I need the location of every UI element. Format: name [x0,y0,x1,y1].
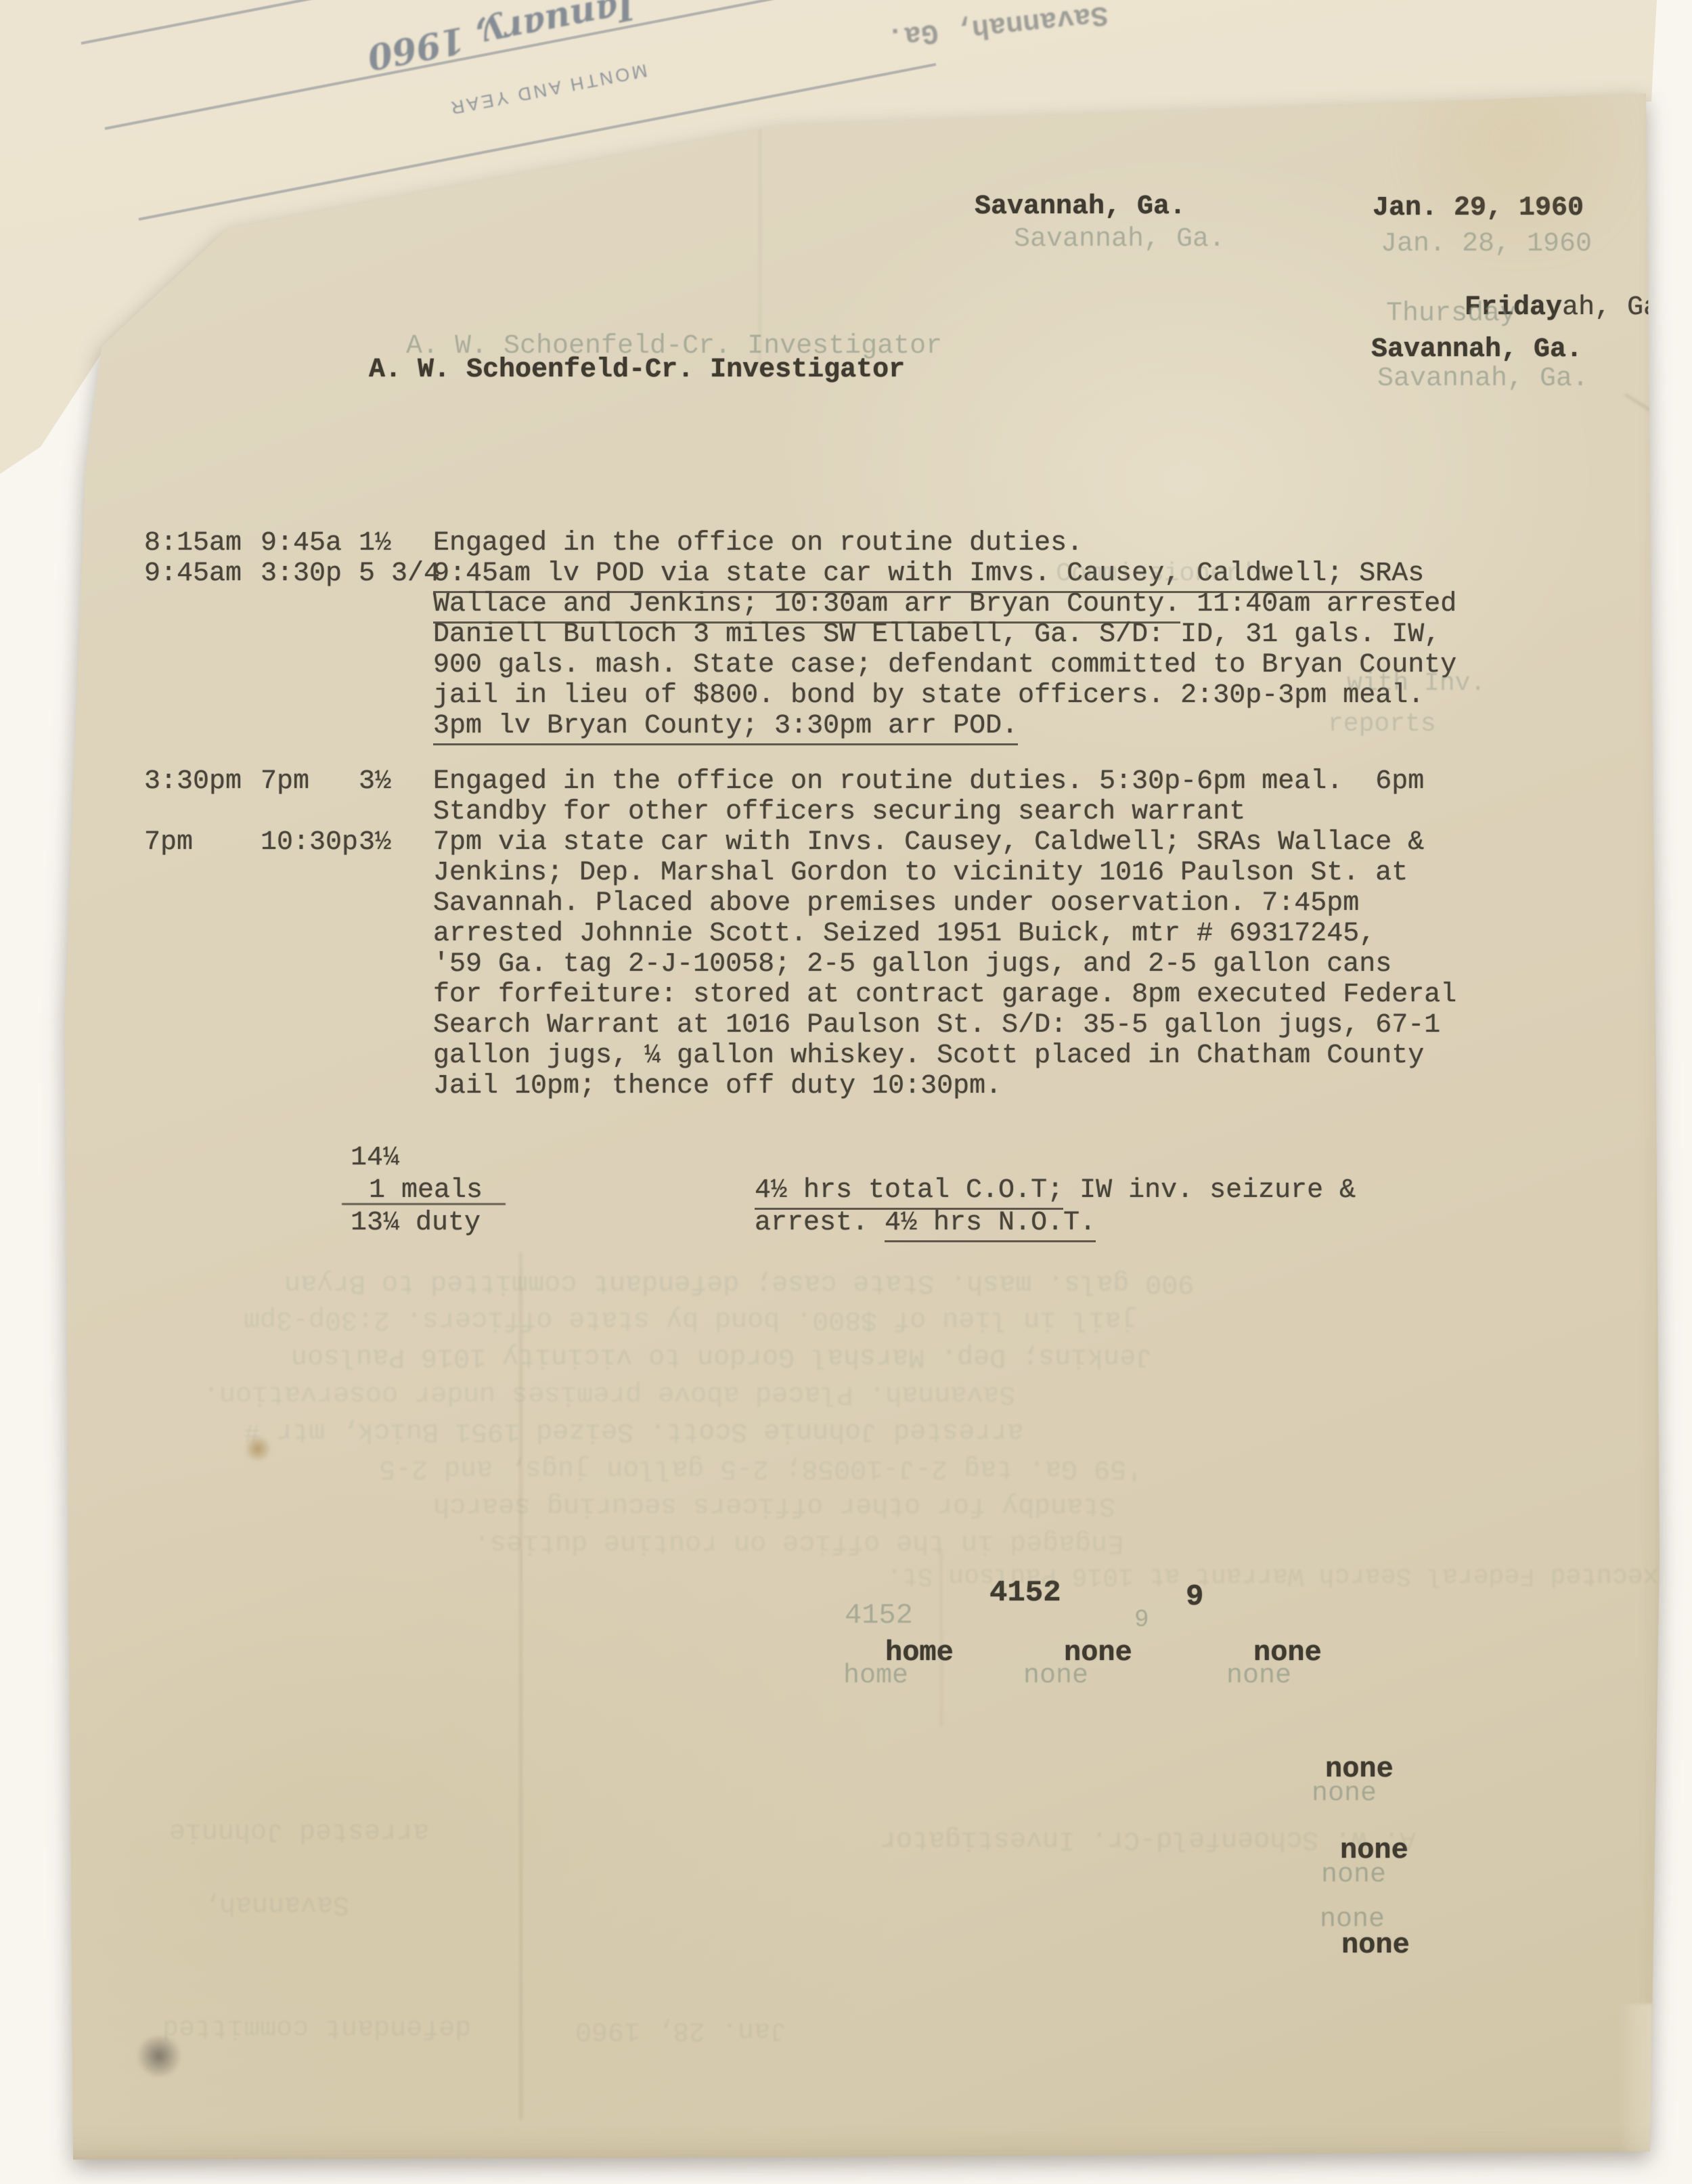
underlined-text: 4½ hrs total C.O.T; [755,1175,1063,1210]
log-row: Jenkins; Dep. Marshal Gordon to vicinity… [0,858,1692,888]
plain-text: 900 gals. mash. State case; defendant co… [433,650,1456,680]
log-text: Savannah. Placed above premises under oo… [433,888,1359,919]
log-text: '59 Ga. tag 2-J-10058; 2-5 gallon jugs, … [433,949,1392,980]
log-row: 3:30pm7pm3½Engaged in the office on rout… [0,766,1692,797]
vertical-crease [941,1550,942,1726]
header-day-ghost: Thursday [1386,301,1516,328]
header-place2-ghost: Savannah, Ga. [1377,366,1588,393]
plain-text: for forfeiture: stored at contract garag… [433,980,1456,1010]
bleedthrough-text: A. W. Schoenfeld-Cr. Investigator [880,1824,1416,1854]
plain-text: Standby for other officers securing sear… [433,797,1245,827]
log-c2: 7pm [261,766,359,797]
log-c3: 1½ [359,528,433,559]
log-row: gallon jugs, ¼ gallon whiskey. Scott pla… [0,1041,1692,1071]
header-place2: Savannah, Ga. [1371,336,1582,364]
none-entry-ghost: none [1320,1906,1385,1934]
plain-text: jail in lieu of $800. bond by state offi… [433,680,1424,711]
plain-text: Daniell Bulloch 3 miles SW Ellabell, Ga.… [433,619,1440,650]
underlined-text: Wallace and Jenkins; 10:30am arr Bryan C… [433,589,1180,624]
log-row: Jail 10pm; thence off duty 10:30pm. [0,1071,1692,1101]
plain-text: Engaged in the office on routine duties.… [433,766,1424,797]
plain-text: Search Warrant at 1016 Paulson St. S/D: … [433,1010,1440,1041]
bleedthrough-text: Standby for other officers securing sear… [433,1490,1115,1521]
plain-text: Jail 10pm; thence off duty 10:30pm. [433,1071,1002,1101]
total-meals: 1 meals [369,1175,483,1206]
log-row: 7pm10:30p3½7pm via state car with Invs. … [0,827,1692,858]
bleedthrough-text: Savannah, [203,1889,349,1919]
log-c3: 5 3/4 [359,559,433,589]
log-text: Jail 10pm; thence off duty 10:30pm. [433,1071,1002,1101]
bleedthrough-text: arrested Johnnie Scott. Seized 1951 Buic… [244,1416,1023,1446]
plain-text: IW inv. seizure & [1063,1175,1356,1206]
header-city: Savannah, Ga. [975,194,1186,221]
log-c3: 3½ [359,766,433,797]
case-number-ghost: 4152 [845,1599,913,1632]
log-c2: 3:30p [261,559,359,589]
total-duty: 13¼ duty [351,1208,481,1238]
corner-discoloration [1387,41,1645,244]
log-text: 7pm via state car with Invs. Causey, Cal… [433,827,1424,858]
subtraction-rule [342,1203,506,1205]
log-c1: 8:15am [144,528,261,559]
log-text: Standby for other officers securing sear… [433,797,1245,827]
log-row: for forfeiture: stored at contract garag… [0,980,1692,1010]
report-page-wrap: Savannah, Ga. Savannah, Ga. Jan. 29, 196… [0,0,1692,2184]
bleedthrough-text: Jan. 28, 1960 [575,2015,786,2045]
log-text: gallon jugs, ¼ gallon whiskey. Scott pla… [433,1041,1424,1071]
total-not-line: arrest. 4½ hrs N.O.T. [755,1208,1096,1238]
plain-text: '59 Ga. tag 2-J-10058; 2-5 gallon jugs, … [433,949,1392,980]
photo-background: January, 1960 MONTH AND YEAR Savannah, G… [0,0,1692,2184]
log-row: arrested Johnnie Scott. Seized 1951 Buic… [0,919,1692,949]
log-row: Search Warrant at 1016 Paulson St. S/D: … [0,1010,1692,1041]
vertical-crease [759,81,761,372]
log-text: 3pm lv Bryan County; 3:30pm arr POD. [433,711,1018,741]
footer-slot-ghost: none [1023,1663,1088,1690]
footer-slot-ghost: none [1226,1663,1291,1690]
bleedthrough-text: 900 gals. mash. State case; defendant co… [284,1267,1194,1298]
underlined-text: 9:45am lv POD via state car with Imvs. C… [433,559,1424,593]
header-city-ghost: Savannah, Ga. [1014,226,1225,253]
log-text: Engaged in the office on routine duties. [433,528,1083,559]
log-text: Wallace and Jenkins; 10:30am arr Bryan C… [433,589,1456,619]
log-text: for forfeiture: stored at contract garag… [433,980,1456,1010]
bleedthrough-text: defendant committed [162,2012,471,2043]
plain-text: arrested Johnnie Scott. Seized 1951 Buic… [433,919,1375,949]
paper-stain [4,1683,41,1722]
log-text: Engaged in the office on routine duties.… [433,766,1424,797]
log-c2: 9:45a [261,528,359,559]
log-c3: 3½ [359,827,433,858]
log-c1: 7pm [144,827,261,858]
log-rows: 8:15am9:45a1½Engaged in the office on ro… [0,528,1692,1101]
log-text: arrested Johnnie Scott. Seized 1951 Buic… [433,919,1375,949]
report-page: Savannah, Ga. Savannah, Ga. Jan. 29, 196… [0,0,1692,2184]
log-row: 8:15am9:45a1½Engaged in the office on ro… [0,528,1692,559]
bleedthrough-text: Jenkins; Dep. Marshal Gordon to vicinity… [291,1341,1152,1372]
bleedthrough-text: jail in lieu of $800. bond by state offi… [244,1304,1137,1334]
plain-text: 7pm via state car with Invs. Causey, Cal… [433,827,1424,858]
bleedthrough-text: reports [1328,709,1436,739]
officer-line: A. W. Schoenfeld-Cr. Investigator [369,357,905,384]
log-row: 3pm lv Bryan County; 3:30pm arr POD. [0,711,1692,741]
bleedthrough-text: '59 Ga. tag 2-J-10058; 2-5 gallon jugs, … [379,1453,1142,1483]
count-ghost: 9 [1134,1606,1149,1634]
paper-stain [244,1435,272,1462]
bleedthrough-text: Commissioner's [1056,559,1272,588]
log-row: Wallace and Jenkins; 10:30am arr Bryan C… [0,589,1692,619]
footer-slot-ghost: home [843,1663,908,1690]
log-c1: 3:30pm [144,766,261,797]
plain-text: arrest. [755,1208,885,1238]
log-row: Savannah. Placed above premises under oo… [0,888,1692,919]
bleedthrough-text: Savannah. Placed above premises under oo… [203,1378,1015,1409]
none-entry-ghost: none [1312,1781,1377,1808]
underlined-text: 3pm lv Bryan County; 3:30pm arr POD. [433,711,1018,745]
header-day-rest: ah, Ga. [1562,292,1676,323]
underlined-text: 4½ hrs N.O.T. [885,1208,1096,1242]
log-c1: 9:45am [144,559,261,589]
plain-text: Engaged in the office on routine duties. [433,528,1083,559]
bleedthrough-text: arrested Johnnie [169,1816,429,1846]
log-text: Search Warrant at 1016 Paulson St. S/D: … [433,1010,1440,1041]
none-entry: none [1341,1931,1410,1959]
none-entry-ghost: none [1321,1862,1386,1889]
plain-text: Jenkins; Dep. Marshal Gordon to vicinity… [433,858,1408,888]
plain-text: gallon jugs, ¼ gallon whiskey. Scott pla… [433,1041,1424,1071]
plain-text: 11:40am arrested [1180,589,1456,619]
log-text: Daniell Bulloch 3 miles SW Ellabell, Ga.… [433,619,1440,650]
log-text: jail in lieu of $800. bond by state offi… [433,680,1424,711]
log-text: Jenkins; Dep. Marshal Gordon to vicinity… [433,858,1408,888]
total-hours: 14¼ [351,1143,399,1173]
log-c2: 10:30p [261,827,359,858]
log-row: Standby for other officers securing sear… [0,797,1692,827]
log-text: 900 gals. mash. State case; defendant co… [433,650,1456,680]
total-cot-line: 4½ hrs total C.O.T; IW inv. seizure & [755,1175,1356,1206]
bleedthrough-text: with Inv. [1347,669,1486,698]
log-row: 9:45am3:30p5 3/49:45am lv POD via state … [0,559,1692,589]
edge-crumple [1624,393,1662,418]
vertical-crease [520,1252,522,2119]
log-text: 9:45am lv POD via state car with Imvs. C… [433,559,1424,589]
bleedthrough-text: executed Federal Search Warrant at 1016 … [887,1561,1674,1590]
log-row: '59 Ga. tag 2-J-10058; 2-5 gallon jugs, … [0,949,1692,980]
edge-crumple [1618,2004,1653,2153]
plain-text: Savannah. Placed above premises under oo… [433,888,1359,919]
log-row: Daniell Bulloch 3 miles SW Ellabell, Ga.… [0,619,1692,650]
bleedthrough-text: Engaged in the office on routine duties. [474,1527,1123,1558]
